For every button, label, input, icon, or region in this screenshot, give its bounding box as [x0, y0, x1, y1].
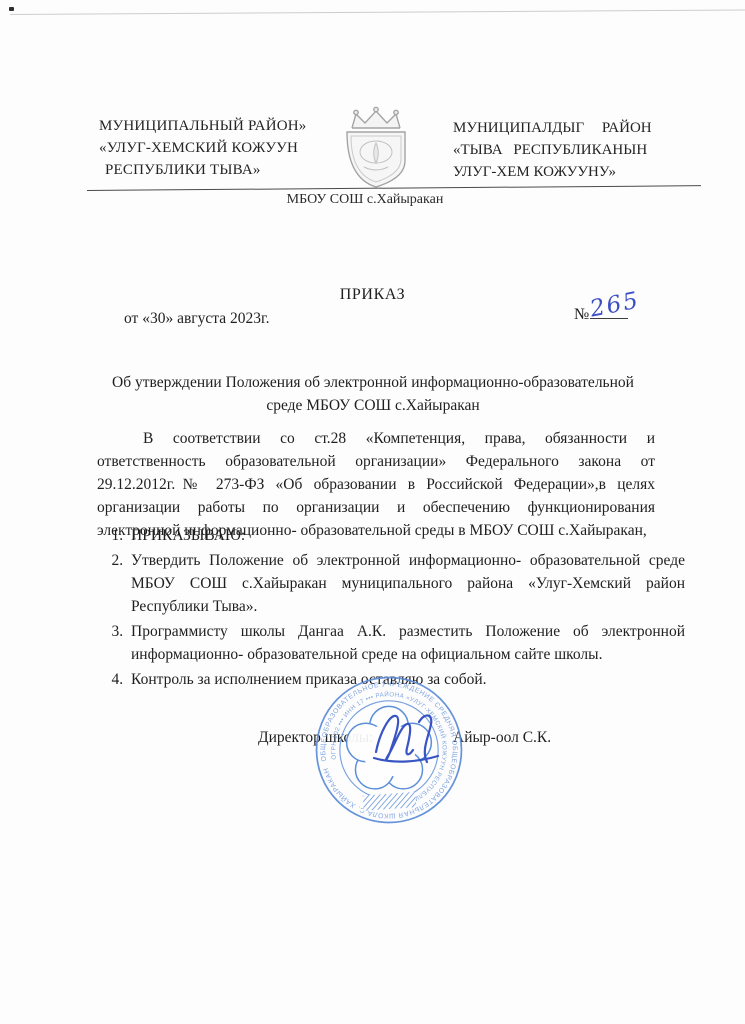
order-item-3: Программисту школы Дангаа А.К. разместит…	[127, 620, 685, 666]
coat-of-arms-icon	[339, 105, 413, 191]
order-item-2: Утвердить Положение об электронной инфор…	[127, 549, 685, 618]
org-name-russian: МУНИЦИПАЛЬНЫЙ РАЙОН» «УЛУГ-ХЕМСКИЙ КОЖУУ…	[99, 115, 334, 181]
org-name-russian-line1: МУНИЦИПАЛЬНЫЙ РАЙОН»	[99, 115, 334, 137]
order-item-1: ПРИКАЗЫВАЮ:	[127, 524, 685, 547]
order-items-list: ПРИКАЗЫВАЮ: Утвердить Положение об элект…	[97, 524, 685, 693]
stamp-barcode	[363, 792, 417, 811]
signature-signer-name: Айыр-оол С.К.	[453, 729, 551, 747]
org-name-tuvan-line1: МУНИЦИПАЛДЫГ РАЙОН	[453, 117, 653, 139]
org-name-tuvan-line2: «ТЫВА РЕСПУБЛИКАНЫН	[453, 139, 653, 161]
scanned-document-page: МУНИЦИПАЛЬНЫЙ РАЙОН» «УЛУГ-ХЕМСКИЙ КОЖУУ…	[0, 0, 745, 1024]
org-name-russian-line2: «УЛУГ-ХЕМСКИЙ КОЖУУН	[99, 137, 334, 159]
school-name: МБОУ СОШ с.Хайыракан	[235, 192, 495, 208]
org-name-russian-line3: РЕСПУБЛИКИ ТЫВА»	[99, 159, 334, 181]
scan-speck	[9, 7, 14, 11]
order-number-label: №	[574, 306, 589, 323]
scan-artifact-line	[10, 10, 745, 15]
org-name-tuvan: МУНИЦИПАЛДЫГ РАЙОН «ТЫВА РЕСПУБЛИКАНЫН У…	[453, 117, 653, 183]
org-name-tuvan-line3: УЛУГ-ХЕМ КОЖУУНУ»	[453, 161, 653, 183]
order-date: от «30» августа 2023г.	[124, 310, 269, 328]
director-handwritten-signature	[366, 706, 454, 772]
order-subject: Об утверждении Положения об электронной …	[93, 371, 653, 417]
